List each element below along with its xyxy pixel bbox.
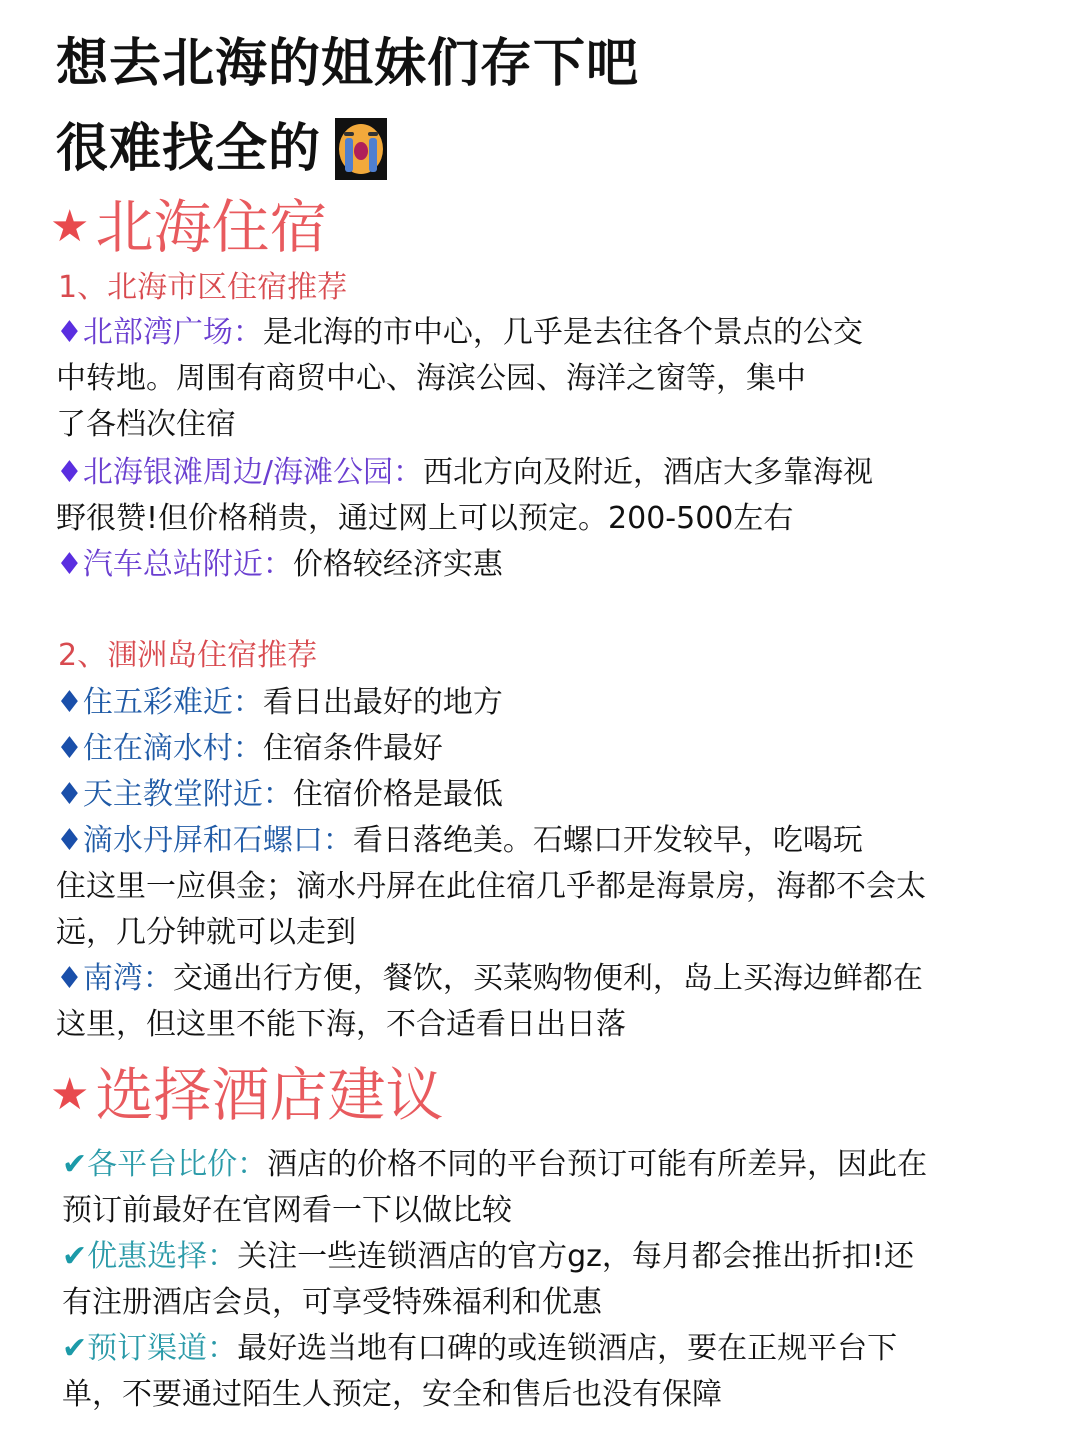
item-text: 远，几分钟就可以走到: [56, 915, 356, 950]
crying-face-icon: [335, 118, 387, 180]
item-text: 最好选当地有口碑的或连锁酒店，要在正规平台下: [237, 1331, 897, 1366]
item-text: 价格较经济实惠: [293, 547, 503, 582]
item-text: 有注册酒店会员，可享受特殊福利和优惠: [62, 1285, 602, 1320]
list-item: ✔各平台比价：酒店的价格不同的平台预订可能有所差异，因此在 预订前最好在官网看一…: [62, 1142, 1042, 1234]
list-item: ✔预订渠道：最好选当地有口碑的或连锁酒店，要在正规平台下 单，不要通过陌生人预定…: [62, 1326, 1042, 1418]
item-text: 单，不要通过陌生人预定，安全和售后也没有保障: [62, 1377, 722, 1412]
item-label: 南湾：: [83, 961, 173, 996]
item-text: 关注一些连锁酒店的官方gz，每月都会推出折扣!还: [237, 1239, 914, 1274]
diamond-icon: ♦: [56, 823, 83, 858]
item-text: 这里，但这里不能下海，不合适看日出日落: [56, 1007, 626, 1042]
item-text: 酒店的价格不同的平台预订可能有所差异，因此在: [267, 1147, 927, 1182]
diamond-icon: ♦: [56, 777, 83, 812]
item-label: 北部湾广场：: [83, 315, 263, 350]
section-heading-text: 选择酒店建议: [95, 1060, 443, 1130]
item-text: 是北海的市中心，几乎是去往各个景点的公交: [263, 315, 863, 350]
item-text: 住宿条件最好: [263, 731, 443, 766]
page-title-line2-text: 很难找全的: [56, 119, 321, 179]
section-heading-hotel-tips: ★ 选择酒店建议: [50, 1060, 443, 1130]
item-text: 了各档次住宿: [56, 407, 236, 442]
item-label: 预订渠道：: [87, 1331, 237, 1366]
list-item: ♦北海银滩周边/海滩公园：西北方向及附近，酒店大多靠海视 野很赞!但价格稍贵，通…: [56, 450, 1036, 542]
item-label: 天主教堂附近：: [83, 777, 293, 812]
subheading-weizhou-lodging: 2、涠洲岛住宿推荐: [58, 636, 317, 676]
item-label: 北海银滩周边/海滩公园：: [83, 455, 423, 490]
list-item: ✔优惠选择：关注一些连锁酒店的官方gz，每月都会推出折扣!还 有注册酒店会员，可…: [62, 1234, 1042, 1326]
item-label: 优惠选择：: [87, 1239, 237, 1274]
subheading-city-lodging: 1、北海市区住宿推荐: [58, 268, 347, 308]
item-label: 各平台比价：: [87, 1147, 267, 1182]
list-item: ♦汽车总站附近：价格较经济实惠: [56, 542, 1036, 588]
item-text: 住宿价格是最低: [293, 777, 503, 812]
star-icon: ★: [50, 1060, 89, 1130]
page-title-line2: 很难找全的: [56, 118, 387, 180]
diamond-icon: ♦: [56, 731, 83, 766]
diamond-icon: ♦: [56, 547, 83, 582]
item-text: 中转地。周围有商贸中心、海滨公园、海洋之窗等，集中: [56, 361, 806, 396]
diamond-icon: ♦: [56, 685, 83, 720]
item-label: 汽车总站附近：: [83, 547, 293, 582]
item-text: 交通出行方便，餐饮，买菜购物便利，岛上买海边鲜都在: [173, 961, 923, 996]
section-heading-beihai-lodging: ★ 北海住宿: [50, 192, 327, 262]
item-text: 住这里一应俱金；滴水丹屏在此住宿几乎都是海景房，海都不会太: [56, 869, 926, 904]
item-text: 看日出最好的地方: [263, 685, 503, 720]
item-text: 看日落绝美。石螺口开发较早，吃喝玩: [353, 823, 863, 858]
diamond-icon: ♦: [56, 315, 83, 350]
item-label: 滴水丹屏和石螺口：: [83, 823, 353, 858]
list-item: ♦住在滴水村：住宿条件最好: [56, 726, 1036, 772]
checkmark-icon: ✔: [62, 1147, 87, 1182]
star-icon: ★: [50, 192, 89, 262]
checkmark-icon: ✔: [62, 1331, 87, 1366]
item-text: 野很赞!但价格稍贵，通过网上可以预定。200-500左右: [56, 501, 793, 536]
page-title-line1: 想去北海的姐妹们存下吧: [56, 34, 639, 94]
item-text: 预订前最好在官网看一下以做比较: [62, 1193, 512, 1228]
section-heading-text: 北海住宿: [95, 192, 327, 262]
list-item: ♦南湾：交通出行方便，餐饮，买菜购物便利，岛上买海边鲜都在 这里，但这里不能下海…: [56, 956, 1036, 1048]
list-item: ♦北部湾广场：是北海的市中心，几乎是去往各个景点的公交 中转地。周围有商贸中心、…: [56, 310, 1036, 448]
item-label: 住五彩难近：: [83, 685, 263, 720]
checkmark-icon: ✔: [62, 1239, 87, 1274]
list-item: ♦滴水丹屏和石螺口：看日落绝美。石螺口开发较早，吃喝玩 住这里一应俱金；滴水丹屏…: [56, 818, 1036, 956]
list-item: ♦住五彩难近：看日出最好的地方: [56, 680, 1036, 726]
item-label: 住在滴水村：: [83, 731, 263, 766]
item-text: 西北方向及附近，酒店大多靠海视: [423, 455, 873, 490]
diamond-icon: ♦: [56, 961, 83, 996]
diamond-icon: ♦: [56, 455, 83, 490]
list-item: ♦天主教堂附近：住宿价格是最低: [56, 772, 1036, 818]
